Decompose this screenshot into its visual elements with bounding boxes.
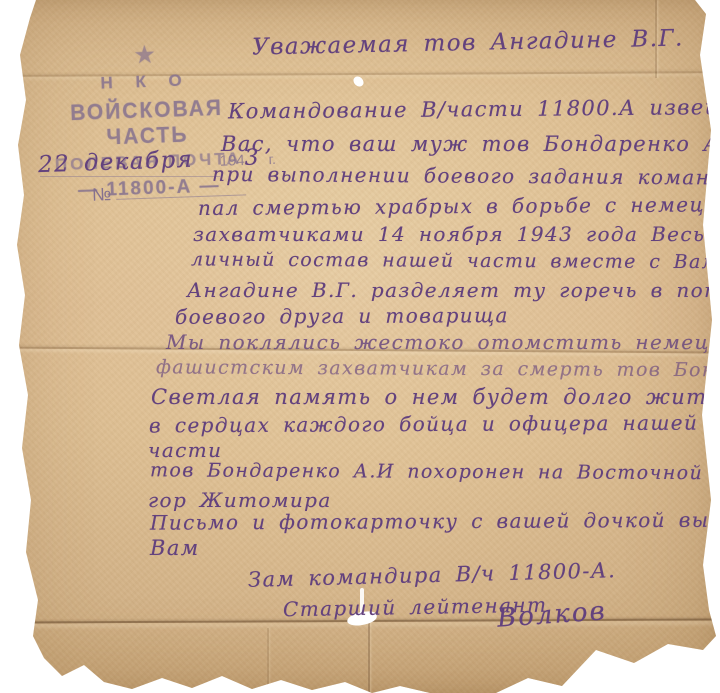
letter-line-4: пал смертью храбрых в борьбе с немецкими — [198, 192, 720, 220]
scan-background: ★ Н К О ВОЙСКОВАЯ ЧАСТЬ ПОЛЕВАЯ ПОЧТА — … — [0, 0, 720, 693]
letter-line-17: Вам — [150, 536, 200, 560]
letter-line-6: личный состав нашей части вместе с Вами … — [191, 248, 720, 273]
letter-paper: ★ Н К О ВОЙСКОВАЯ ЧАСТЬ ПОЛЕВАЯ ПОЧТА — … — [0, 0, 720, 693]
letter-line-9: Мы поклялись жестоко отомстить немецко- — [166, 330, 720, 354]
letter-line-11: Светлая память о нем будет долго жить — [151, 385, 720, 409]
letter-line-14: тов Бондаренко А.И похоронен на Восточно… — [150, 459, 720, 484]
crease-line — [267, 628, 269, 693]
letter-line-16: Письмо и фотокарточку с вашей дочкой выс… — [150, 507, 720, 534]
letter-line-12: в сердцах каждого бойца и офицера нашей — [149, 411, 698, 438]
date-handwritten: 22 декабря — [38, 147, 194, 178]
letter-line-3: при выполнении боевого задания командова… — [212, 162, 720, 190]
letter-line-8: боевого друга и товарища — [175, 303, 509, 329]
letter-line-5: захватчиками 14 ноября 1943 года Весь — [193, 222, 705, 246]
letter-line-15: гор Житомира — [148, 488, 332, 512]
date-underline — [40, 176, 220, 177]
letter-line-2: Вас, что ваш муж тов Бондаренко А.И — [221, 132, 720, 156]
number-label: № — [92, 184, 112, 205]
letter-line-10: фашистским захватчикам за смерть тов Бон… — [156, 356, 720, 381]
crease-line — [368, 612, 370, 693]
stamp-org-text: Н К О — [26, 68, 265, 96]
letter-line-1: Командование В/части 11800.А извещает — [228, 95, 720, 124]
letter-line-7: Ангадине В.Г. разделяет ту горечь в поте… — [187, 278, 720, 302]
